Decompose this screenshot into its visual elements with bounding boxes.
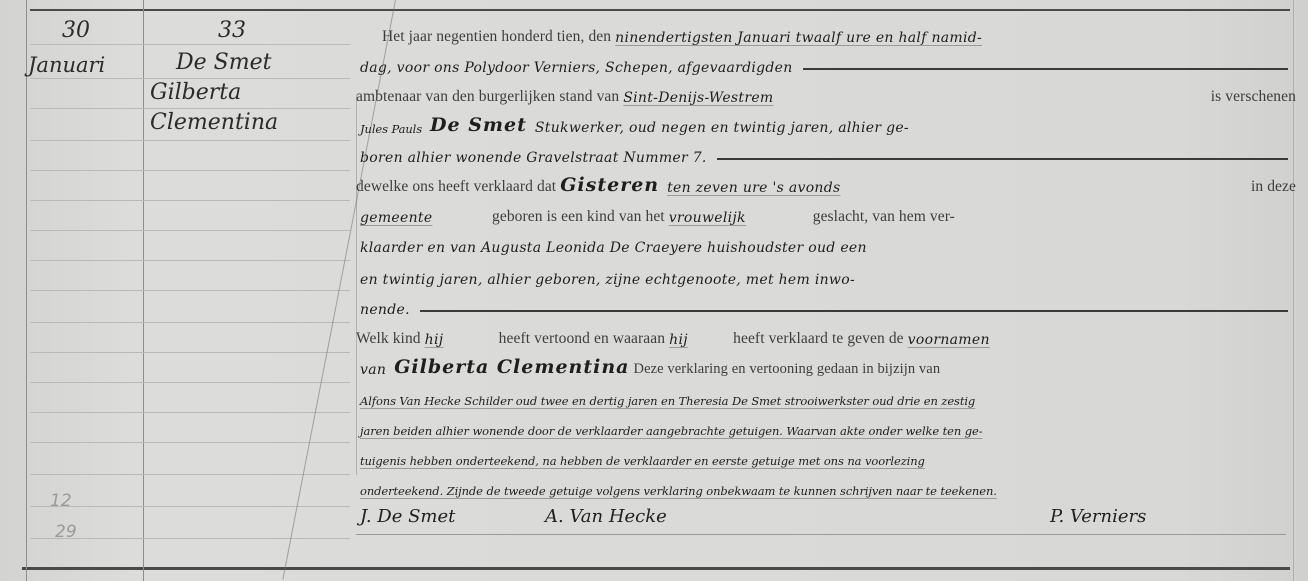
handwritten-text: vrouwelijk: [669, 210, 809, 226]
signature-baseline: [356, 534, 1286, 535]
printed-text: ambtenaar van den burgerlijken stand van: [356, 88, 619, 106]
ruling: [30, 412, 350, 413]
fill-line: [717, 158, 1288, 160]
act-line-14: jaren beiden alhier wonende door de verk…: [356, 412, 987, 438]
printed-text: heeft verklaard te geven de: [733, 330, 904, 348]
signature-declarant: J. De Smet: [360, 506, 455, 527]
signature-officer: P. Verniers: [1050, 506, 1146, 527]
act-line-12: van Gilberta Clementina Deze verklaring …: [356, 352, 1296, 378]
handwritten-given-names: Gilberta Clementina: [394, 356, 629, 378]
ruling: [30, 260, 350, 261]
ruling: [30, 200, 350, 201]
printed-text: dewelke ons heeft verklaard dat: [356, 178, 556, 196]
printed-text: is verschenen: [1211, 88, 1296, 106]
handwritten-text: Stukwerker, oud negen en twintig jaren, …: [535, 120, 909, 136]
handwritten-text: klaarder en van Augusta Leonida De Craey…: [360, 240, 867, 256]
fill-line: [803, 68, 1288, 70]
act-line-6: dewelke ons heeft verklaard dat Gisteren…: [356, 170, 1296, 196]
printed-text: heeft vertoond en waaraan: [499, 330, 665, 348]
act-line-7: gemeente geboren is een kind van het vro…: [356, 200, 1296, 226]
handwritten-text: gemeente: [360, 210, 470, 226]
handwritten-text: hij: [669, 332, 729, 348]
top-rule: [30, 9, 1290, 11]
pencil-note-2: 29: [55, 522, 77, 542]
ruling: [30, 352, 350, 353]
ruling: [30, 442, 350, 443]
handwritten-text: dag, voor ons Polydoor Verniers, Schepen…: [360, 60, 793, 76]
printed-text: geslacht, van hem ver-: [813, 208, 955, 226]
act-line-10: nende.: [356, 292, 1288, 318]
ruling: [30, 230, 350, 231]
printed-text: geboren is een kind van het: [492, 208, 665, 226]
handwritten-text: nende.: [360, 302, 410, 318]
register-page: 30 Januari 33 De Smet Gilberta Clementin…: [0, 0, 1308, 581]
act-line-3: ambtenaar van den burgerlijken stand van…: [356, 80, 1296, 106]
margin-given-name-2: Clementina: [150, 112, 278, 134]
handwritten-word: Gisteren: [560, 174, 659, 196]
act-line-5: boren alhier wonende Gravelstraat Nummer…: [356, 140, 1288, 166]
fill-line: [420, 310, 1288, 312]
handwritten-text: ninendertigsten Januari twaalf ure en ha…: [615, 30, 982, 46]
act-line-11: Welk kind hij heeft vertoond en waaraan …: [356, 322, 1296, 348]
ruling: [30, 140, 350, 141]
margin-given-name-1: Gilberta: [150, 82, 241, 104]
act-line-4: Jules Pauls De Smet Stukwerker, oud nege…: [356, 110, 913, 136]
ruling: [30, 290, 350, 291]
margin-date-day: 30: [62, 20, 90, 42]
act-line-1: Het jaar negentien honderd tien, den nin…: [382, 20, 986, 46]
act-line-13: Alfons Van Hecke Schilder oud twee en de…: [356, 382, 979, 408]
ruling: [30, 170, 350, 171]
ruling: [30, 44, 350, 45]
margin-entry-number: 33: [218, 20, 246, 42]
printed-text: Welk kind: [356, 330, 421, 348]
act-line-15: tuigenis hebben onderteekend, na hebben …: [356, 442, 929, 468]
margin-date-month: Januari: [28, 55, 105, 76]
left-margin-line: [26, 0, 27, 581]
ruling: [30, 538, 350, 539]
ruling: [30, 78, 350, 79]
printed-text: Het jaar negentien honderd tien, den: [382, 28, 611, 46]
ruling: [30, 322, 350, 323]
printed-text: in deze: [1251, 178, 1296, 196]
act-line-9: en twintig jaren, alhier geboren, zijne …: [356, 262, 859, 288]
ruling: [30, 506, 350, 507]
handwritten-text: boren alhier wonende Gravelstraat Nummer…: [360, 150, 707, 166]
handwritten-text: tuigenis hebben onderteekend, na hebben …: [360, 454, 925, 468]
printed-text: Deze verklaring en vertooning gedaan in …: [634, 361, 941, 378]
handwritten-text: ten zeven ure 's avonds: [667, 180, 927, 196]
handwritten-surname: De Smet: [430, 114, 527, 136]
handwritten-text: voornamen: [908, 332, 990, 348]
ruling: [30, 382, 350, 383]
signature-witness: A. Van Hecke: [545, 506, 667, 527]
act-line-8: klaarder en van Augusta Leonida De Craey…: [356, 230, 871, 256]
handwritten-text: hij: [425, 332, 495, 348]
pencil-note-1: 12: [50, 491, 72, 511]
ruling: [30, 108, 350, 109]
bottom-rule: [22, 567, 1290, 570]
handwritten-text: onderteekend. Zijnde de tweede getuige v…: [360, 484, 997, 498]
act-line-16: onderteekend. Zijnde de tweede getuige v…: [356, 472, 1001, 498]
handwritten-text: Alfons Van Hecke Schilder oud twee en de…: [360, 394, 975, 408]
handwritten-text: van: [360, 362, 386, 378]
act-line-2: dag, voor ons Polydoor Verniers, Schepen…: [356, 50, 1288, 76]
margin-surname: De Smet: [176, 52, 271, 74]
handwritten-text: Jules Pauls: [360, 122, 422, 136]
handwritten-text: en twintig jaren, alhier geboren, zijne …: [360, 272, 855, 288]
handwritten-text: Sint-Denijs-Westrem: [623, 90, 943, 106]
handwritten-text: jaren beiden alhier wonende door de verk…: [360, 424, 983, 438]
